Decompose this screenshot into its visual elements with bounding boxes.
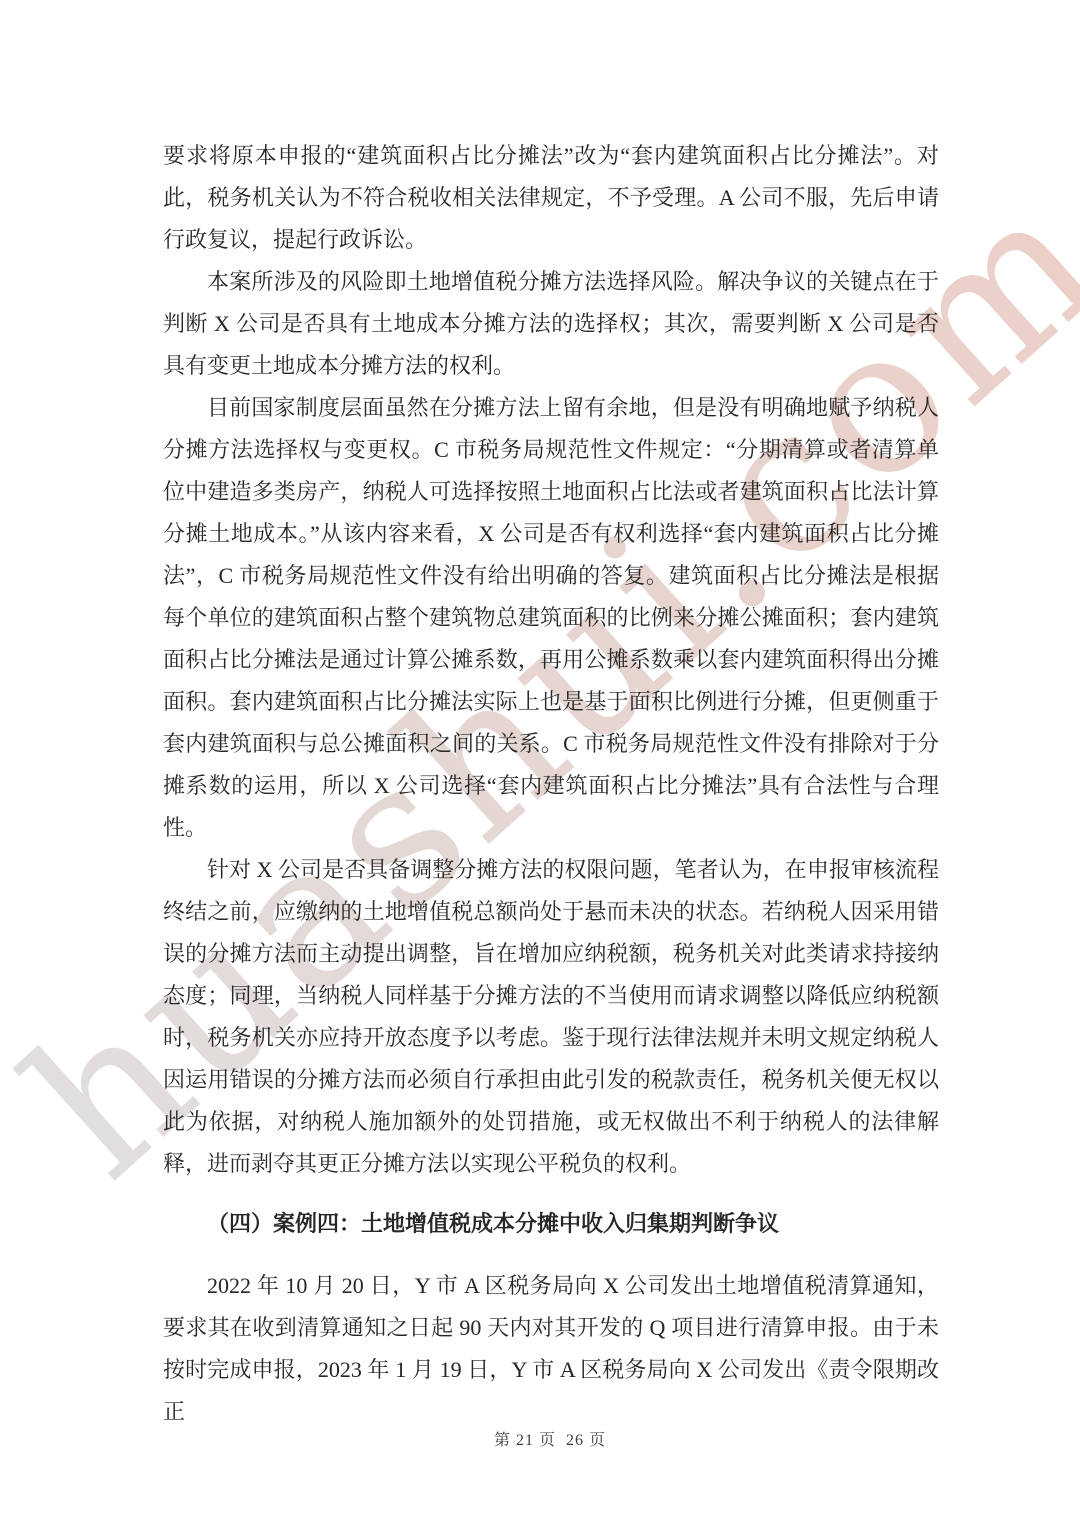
body-paragraph-continued: 要求将原本申报的“建筑面积占比分摊法”改为“套内建筑面积占比分摊法”。对此，税务… — [163, 135, 939, 261]
section-heading-case-four: （四）案例四：土地增值税成本分摊中收入归集期判断争议 — [163, 1203, 939, 1245]
body-paragraph: 针对 X 公司是否具备调整分摊方法的权限问题，笔者认为，在申报审核流程终结之前，… — [163, 849, 939, 1185]
page-footer: 第 21 页 26 页 — [0, 1408, 1080, 1474]
body-paragraph: 本案所涉及的风险即土地增值税分摊方法选择风险。解决争议的关键点在于判断 X 公司… — [163, 261, 939, 387]
page-content: 要求将原本申报的“建筑面积占比分摊法”改为“套内建筑面积占比分摊法”。对此，税务… — [163, 135, 939, 1433]
page-number-label: 第 21 页 26 页 — [494, 1432, 606, 1449]
body-paragraph: 目前国家制度层面虽然在分摊方法上留有余地，但是没有明确地赋予纳税人分摊方法选择权… — [163, 387, 939, 849]
document-page: huashui.com 要求将原本申报的“建筑面积占比分摊法”改为“套内建筑面积… — [0, 0, 1080, 1527]
